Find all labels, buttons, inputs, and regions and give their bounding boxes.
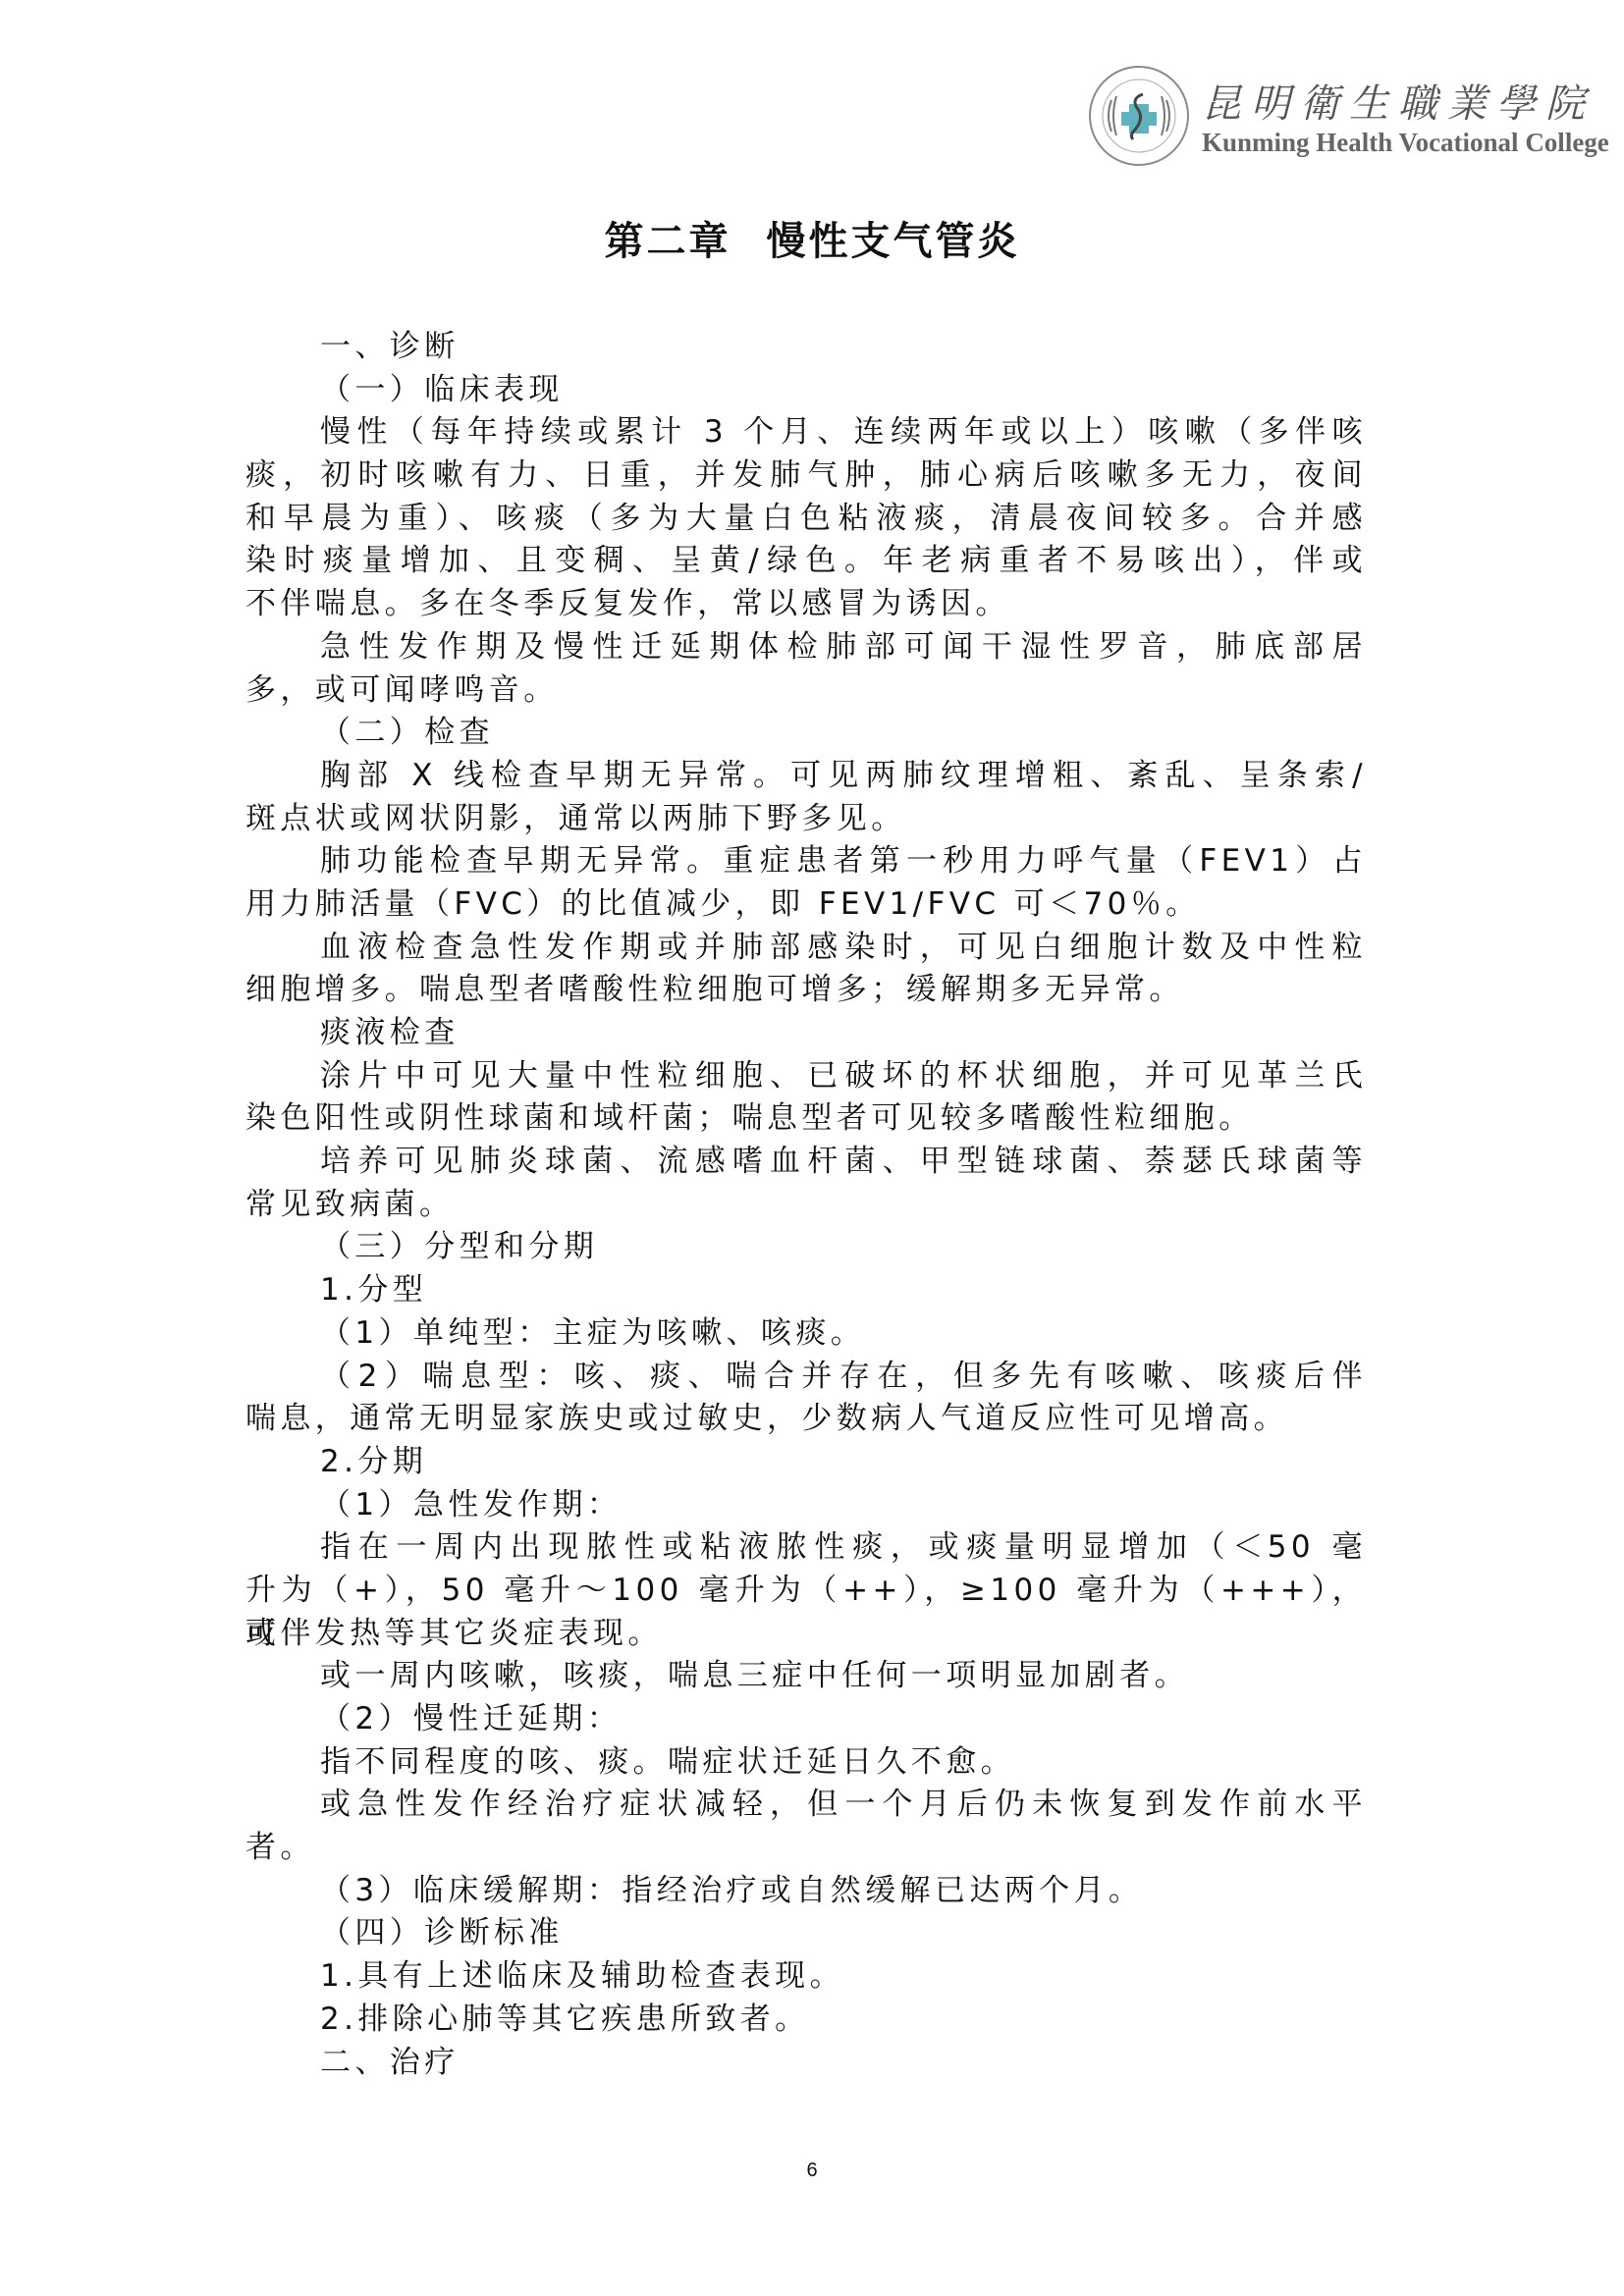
paragraph-line: 急性发作期及慢性迁延期体检肺部可闻干湿性罗音，肺底部居 [245, 626, 1367, 669]
section-heading-line: （2）慢性迁延期： [245, 1698, 1367, 1741]
section-heading-line: （1）急性发作期： [245, 1484, 1367, 1527]
chapter-number: 第二章 [605, 219, 731, 264]
brand-name-english: Kunming Health Vocational College [1202, 128, 1609, 158]
paragraph-line: 不伴喘息。多在冬季反复发作，常以感冒为诱因。 [245, 583, 1367, 626]
chapter-title: 第二章慢性支气管炎 [0, 210, 1624, 266]
paragraph-line: 培养可见肺炎球菌、流感嗜血杆菌、甲型链球菌、萘瑟氏球菌等 [245, 1141, 1367, 1184]
paragraph-line: 细胞增多。喘息型者嗜酸性粒细胞可增多；缓解期多无异常。 [245, 969, 1367, 1012]
paragraph-line: 染色阳性或阴性球菌和域杆菌；喘息型者可见较多嗜酸性粒细胞。 [245, 1097, 1367, 1141]
paragraph-line: 胸部 X 线检查早期无异常。可见两肺纹理增粗、紊乱、呈条索/ [245, 755, 1367, 798]
brand-name-chinese: 昆明衛生職業學院 [1202, 73, 1595, 129]
paragraph-line: 血液检查急性发作期或并肺部感染时，可见白细胞计数及中性粒 [245, 927, 1367, 970]
paragraph-line: 指在一周内出现脓性或粘液脓性痰，或痰量明显增加（＜50 毫 [245, 1526, 1367, 1570]
page-number: 6 [0, 2160, 1624, 2182]
section-heading-line: 1.分型 [245, 1269, 1367, 1312]
paragraph-line: （2）喘息型：咳、痰、喘合并存在，但多先有咳嗽、咳痰后伴 [245, 1356, 1367, 1399]
section-heading-line: （3）临床缓解期：指经治疗或自然缓解已达两个月。 [245, 1870, 1367, 1913]
section-heading-line: 指不同程度的咳、痰。喘症状迁延日久不愈。 [245, 1741, 1367, 1785]
section-heading-line: 二、治疗 [245, 2042, 1367, 2085]
paragraph-line: 斑点状或网状阴影，通常以两肺下野多见。 [245, 798, 1367, 841]
paragraph-line: 多，或可闻哮鸣音。 [245, 669, 1367, 713]
paragraph-line: 和早晨为重）、咳痰（多为大量白色粘液痰，清晨夜间较多。合并感 [245, 498, 1367, 541]
section-heading-line: （四）诊断标准 [245, 1912, 1367, 1955]
paragraph-line: 可伴发热等其它炎症表现。 [245, 1613, 1367, 1656]
paragraph-line: 或急性发作经治疗症状减轻，但一个月后仍未恢复到发作前水平 [245, 1784, 1367, 1827]
paragraph-line: 痰，初时咳嗽有力、日重，并发肺气肿，肺心病后咳嗽多无力，夜间 [245, 454, 1367, 498]
paragraph-line: 用力肺活量（FVC）的比值减少，即 FEV1/FVC 可＜70％。 [245, 883, 1367, 927]
paragraph-line: 肺功能检查早期无异常。重症患者第一秒用力呼气量（FEV1）占 [245, 840, 1367, 883]
paragraph-line: 慢性（每年持续或累计 3 个月、连续两年或以上）咳嗽（多伴咳 [245, 411, 1367, 454]
chapter-name: 慢性支气管炎 [767, 219, 1020, 264]
section-heading-line: （三）分型和分期 [245, 1226, 1367, 1269]
section-heading-line: 一、诊断 [245, 326, 1367, 369]
college-seal-icon [1088, 65, 1190, 167]
document-body: 一、诊断（一）临床表现慢性（每年持续或累计 3 个月、连续两年或以上）咳嗽（多伴… [245, 326, 1367, 2084]
paragraph-line: 涂片中可见大量中性粒细胞、已破坏的杯状细胞，并可见革兰氏 [245, 1055, 1367, 1098]
section-heading-line: 或一周内咳嗽，咳痰，喘息三症中任何一项明显加剧者。 [245, 1655, 1367, 1698]
section-heading-line: 2.分期 [245, 1441, 1367, 1484]
paragraph-line: 染时痰量增加、且变稠、呈黄/绿色。年老病重者不易咳出），伴或 [245, 540, 1367, 583]
section-heading-line: 1.具有上述临床及辅助检查表现。 [245, 1955, 1367, 1999]
paragraph-line: 者。 [245, 1827, 1367, 1870]
paragraph-line: 升为（+），50 毫升～100 毫升为（++），≥100 毫升为（+++），或 [245, 1570, 1367, 1613]
college-logo: 昆明衛生職業學院 Kunming Health Vocational Colle… [1086, 61, 1587, 174]
section-heading-line: 2.排除心肺等其它疾患所致者。 [245, 1999, 1367, 2042]
section-heading-line: 痰液检查 [245, 1012, 1367, 1055]
section-heading-line: （二）检查 [245, 712, 1367, 755]
paragraph-line: 常见致病菌。 [245, 1184, 1367, 1227]
section-heading-line: （一）临床表现 [245, 369, 1367, 412]
paragraph-line: 喘息，通常无明显家族史或过敏史，少数病人气道反应性可见增高。 [245, 1398, 1367, 1441]
section-heading-line: （1）单纯型：主症为咳嗽、咳痰。 [245, 1312, 1367, 1356]
